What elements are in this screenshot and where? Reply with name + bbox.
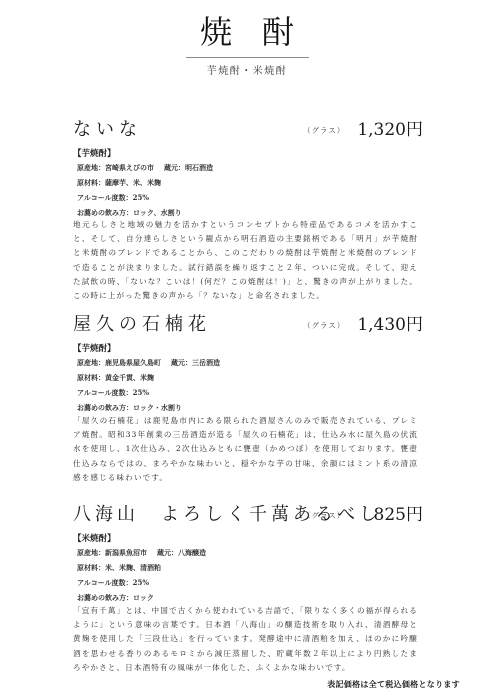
- item-abv: アルコール度数：25%: [73, 190, 423, 205]
- tax-note: 表記価格は全て税込価格となります: [327, 678, 460, 690]
- item-abv: アルコール度数：25%: [73, 385, 423, 400]
- origin-value: 鹿児島県屋久島町: [105, 358, 161, 367]
- serving-label: お薦めの飲み方：: [77, 403, 133, 412]
- brewery-label: 蔵元：: [171, 358, 192, 367]
- item-description: 「屋久の石楠花」は鹿児島市内にある限られた酒屋さんのみで販売されている、プレミア…: [73, 414, 418, 485]
- brewery-value: 八海醸造: [178, 548, 206, 557]
- abv-value: 25%: [133, 193, 149, 202]
- ingredients-value: 薩摩芋、米、米麹: [105, 178, 161, 187]
- item-price: 1,320円: [357, 119, 423, 141]
- abv-value: 25%: [133, 578, 149, 587]
- menu-item-yakuno-shakunage: 屋久の石楠花 （グラス） 1,430円 【芋焼酎】 原産地：鹿児島県屋久島町蔵元…: [73, 313, 423, 415]
- origin-label: 原産地：: [77, 548, 105, 557]
- item-category: 【芋焼酎】: [73, 343, 423, 355]
- serving-value: ロック、水割り: [133, 208, 182, 217]
- item-unit: （グラス）: [303, 320, 345, 332]
- ingredients-label: 原材料：: [77, 563, 105, 572]
- page-subtitle: 芋焼酎・米焼酎: [0, 65, 494, 79]
- menu-item-naina: ないな （グラス） 1,320円 【芋焼酎】 原産地：宮崎県えびの市蔵元：明石酒…: [73, 118, 423, 220]
- ingredients-value: 黄金千貫、米麹: [105, 373, 154, 382]
- item-unit: （グラス）: [303, 125, 345, 137]
- brewery-value: 明石酒造: [185, 163, 213, 172]
- abv-label: アルコール度数：: [77, 193, 133, 202]
- item-ingredients: 原材料：黄金千貫、米麹: [73, 370, 423, 385]
- brewery-label: 蔵元：: [164, 163, 185, 172]
- abv-label: アルコール度数：: [77, 578, 133, 587]
- abv-value: 25%: [133, 388, 149, 397]
- item-origin: 原産地：新潟県魚沼市蔵元：八海醸造: [73, 545, 423, 560]
- item-header: 八海山 よろしく千萬あるべし （グラス） 825円: [73, 503, 423, 529]
- item-serving: お薦めの飲み方：ロック・水割り: [73, 400, 423, 415]
- item-ingredients: 原材料：米、米麹、清酒粕: [73, 560, 423, 575]
- serving-value: ロック: [133, 593, 154, 602]
- item-name: 屋久の石楠花: [73, 313, 211, 337]
- serving-label: お薦めの飲み方：: [77, 593, 133, 602]
- origin-label: 原産地：: [77, 358, 105, 367]
- serving-label: お薦めの飲み方：: [77, 208, 133, 217]
- brewery-value: 三岳酒造: [192, 358, 220, 367]
- ingredients-value: 米、米麹、清酒粕: [105, 563, 161, 572]
- item-origin: 原産地：鹿児島県屋久島町蔵元：三岳酒造: [73, 355, 423, 370]
- item-category: 【芋焼酎】: [73, 148, 423, 160]
- item-abv: アルコール度数：25%: [73, 575, 423, 590]
- item-description: 「宜有千萬」とは、中国で古くから使われている吉語で、「限りなく多くの福が得られる…: [73, 604, 418, 675]
- item-price: 1,430円: [357, 314, 423, 336]
- serving-value: ロック・水割り: [133, 403, 182, 412]
- item-serving: お薦めの飲み方：ロック: [73, 590, 423, 605]
- item-unit: （グラス）: [303, 510, 345, 522]
- item-description: 地元らしさと地域の魅力を活かすというコンセプトから特産品であるコメを活かすこと、…: [73, 218, 418, 303]
- item-header: ないな （グラス） 1,320円: [73, 118, 423, 144]
- origin-label: 原産地：: [77, 163, 105, 172]
- item-category: 【米焼酎】: [73, 533, 423, 545]
- item-ingredients: 原材料：薩摩芋、米、米麹: [73, 175, 423, 190]
- page-title: 焼酎: [0, 12, 494, 52]
- item-price: 825円: [374, 504, 423, 526]
- title-divider: [186, 57, 309, 58]
- menu-item-hakkaisan: 八海山 よろしく千萬あるべし （グラス） 825円 【米焼酎】 原産地：新潟県魚…: [73, 503, 423, 605]
- item-name: ないな: [73, 118, 142, 142]
- item-header: 屋久の石楠花 （グラス） 1,430円: [73, 313, 423, 339]
- brewery-label: 蔵元：: [157, 548, 178, 557]
- ingredients-label: 原材料：: [77, 373, 105, 382]
- origin-value: 新潟県魚沼市: [105, 548, 147, 557]
- item-origin: 原産地：宮崎県えびの市蔵元：明石酒造: [73, 160, 423, 175]
- origin-value: 宮崎県えびの市: [105, 163, 154, 172]
- abv-label: アルコール度数：: [77, 388, 133, 397]
- ingredients-label: 原材料：: [77, 178, 105, 187]
